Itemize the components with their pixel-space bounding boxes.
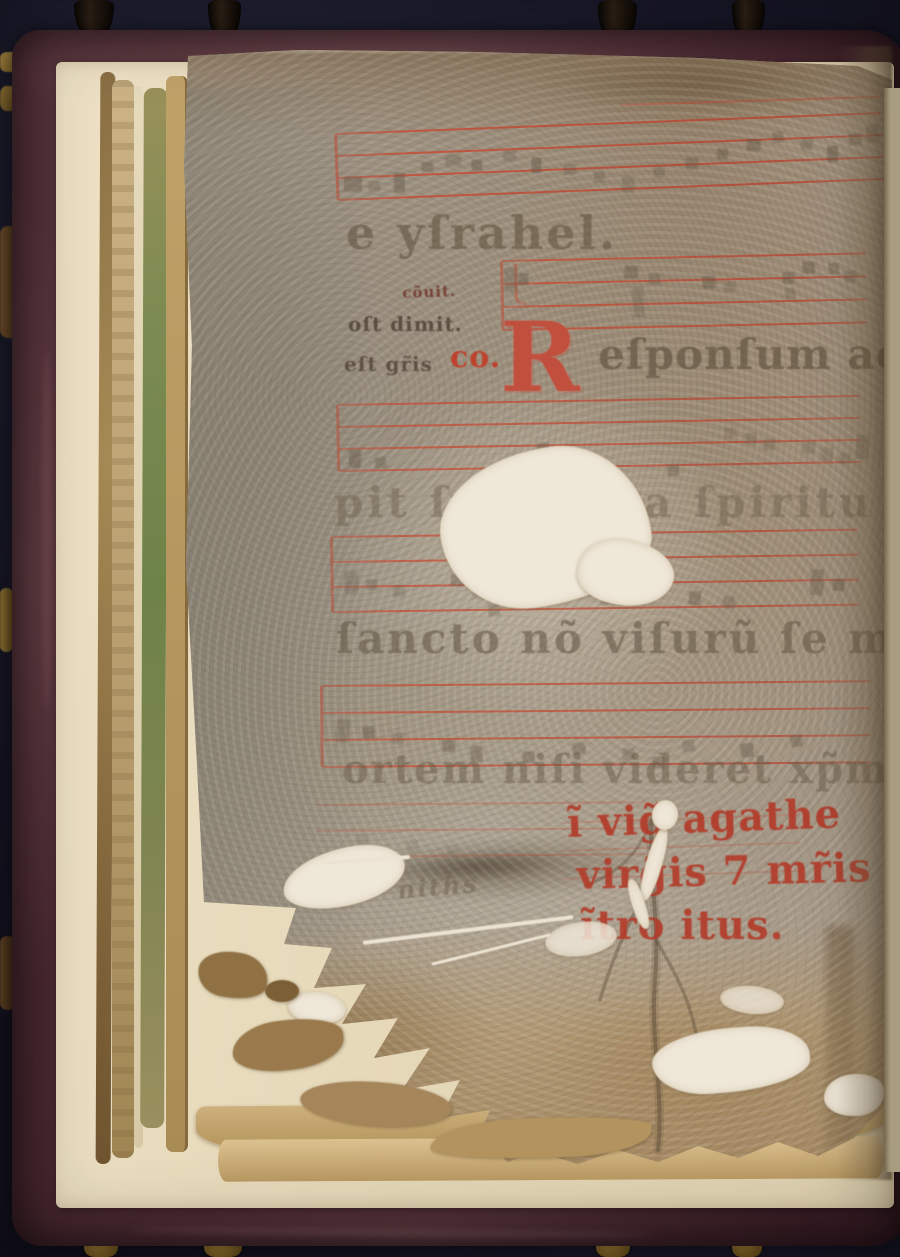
neume [593,170,605,182]
staff-barline [336,405,340,471]
neume [648,273,660,285]
neume [803,441,816,454]
neume [685,157,698,169]
neume [717,148,728,159]
neume [747,139,761,151]
neume [785,288,796,299]
rubric-right-line1: ĩ vig̃ agathe [566,790,842,847]
music-staff [336,112,884,205]
staff-line [339,178,885,201]
staff-line [322,680,870,687]
neume [826,145,838,162]
neume [394,172,405,192]
staff-line [333,604,859,614]
neume [392,732,404,744]
staff-line [338,395,860,407]
neume [344,572,359,594]
staff-line [322,707,870,714]
faded-chant-text: e yſrahel. [346,206,618,260]
neume [725,281,736,292]
staff-line [339,439,861,451]
rubric-left-line2: eſt gr̃is [344,352,433,376]
neume [393,585,405,597]
neume [624,265,639,279]
staff-barline [334,134,340,200]
staff-line [338,417,860,429]
neume [503,150,517,162]
neume [622,176,635,193]
neume [632,287,645,318]
neume [421,161,434,172]
neume [362,726,375,739]
rubric-co: co. [450,340,501,375]
neume [654,167,665,178]
neume [723,596,735,608]
torn-fragment [265,980,299,1002]
neume [744,433,756,445]
decorated-initial-R: R [500,310,581,406]
staff-line [338,156,884,179]
neume [349,450,362,468]
neume [504,268,517,292]
neume [336,718,350,743]
neume [368,181,381,192]
rubric-left-line1: oſt dimit. [348,312,463,336]
neume [471,159,483,171]
responsory-line3: ſancto nõ viſurũ ſe m [336,614,896,663]
facing-page-edge [884,88,900,1172]
neume [772,132,784,144]
neume [406,839,419,854]
neume [531,157,541,173]
rubric-right-line2: virg̃is 7 mr̃is [576,844,872,899]
neume [810,569,824,595]
neume [667,464,680,477]
staff-barline [330,537,334,612]
neume [344,176,362,191]
marginal-scribble: cõuit. [402,282,457,302]
staff-line [336,112,882,135]
staff-barline [320,686,324,767]
neume [782,272,794,284]
neume [375,457,387,469]
staff-line [502,275,866,285]
neume [724,427,737,439]
neume [563,164,576,175]
neume [802,261,815,273]
neume [367,579,378,590]
neume [689,591,702,606]
neume [445,154,462,168]
neume [702,276,715,289]
manuscript-photo-scene: e yſrahel. cõuit. oſt dimit. eſt gr̃is c… [0,0,900,1257]
neume [801,139,813,150]
responsory-line4: ortem niſi videret xp̃m [342,746,889,793]
staff-line [322,734,870,741]
neume [446,844,459,857]
neume [821,447,834,462]
neume [518,273,528,285]
neume [763,438,776,450]
